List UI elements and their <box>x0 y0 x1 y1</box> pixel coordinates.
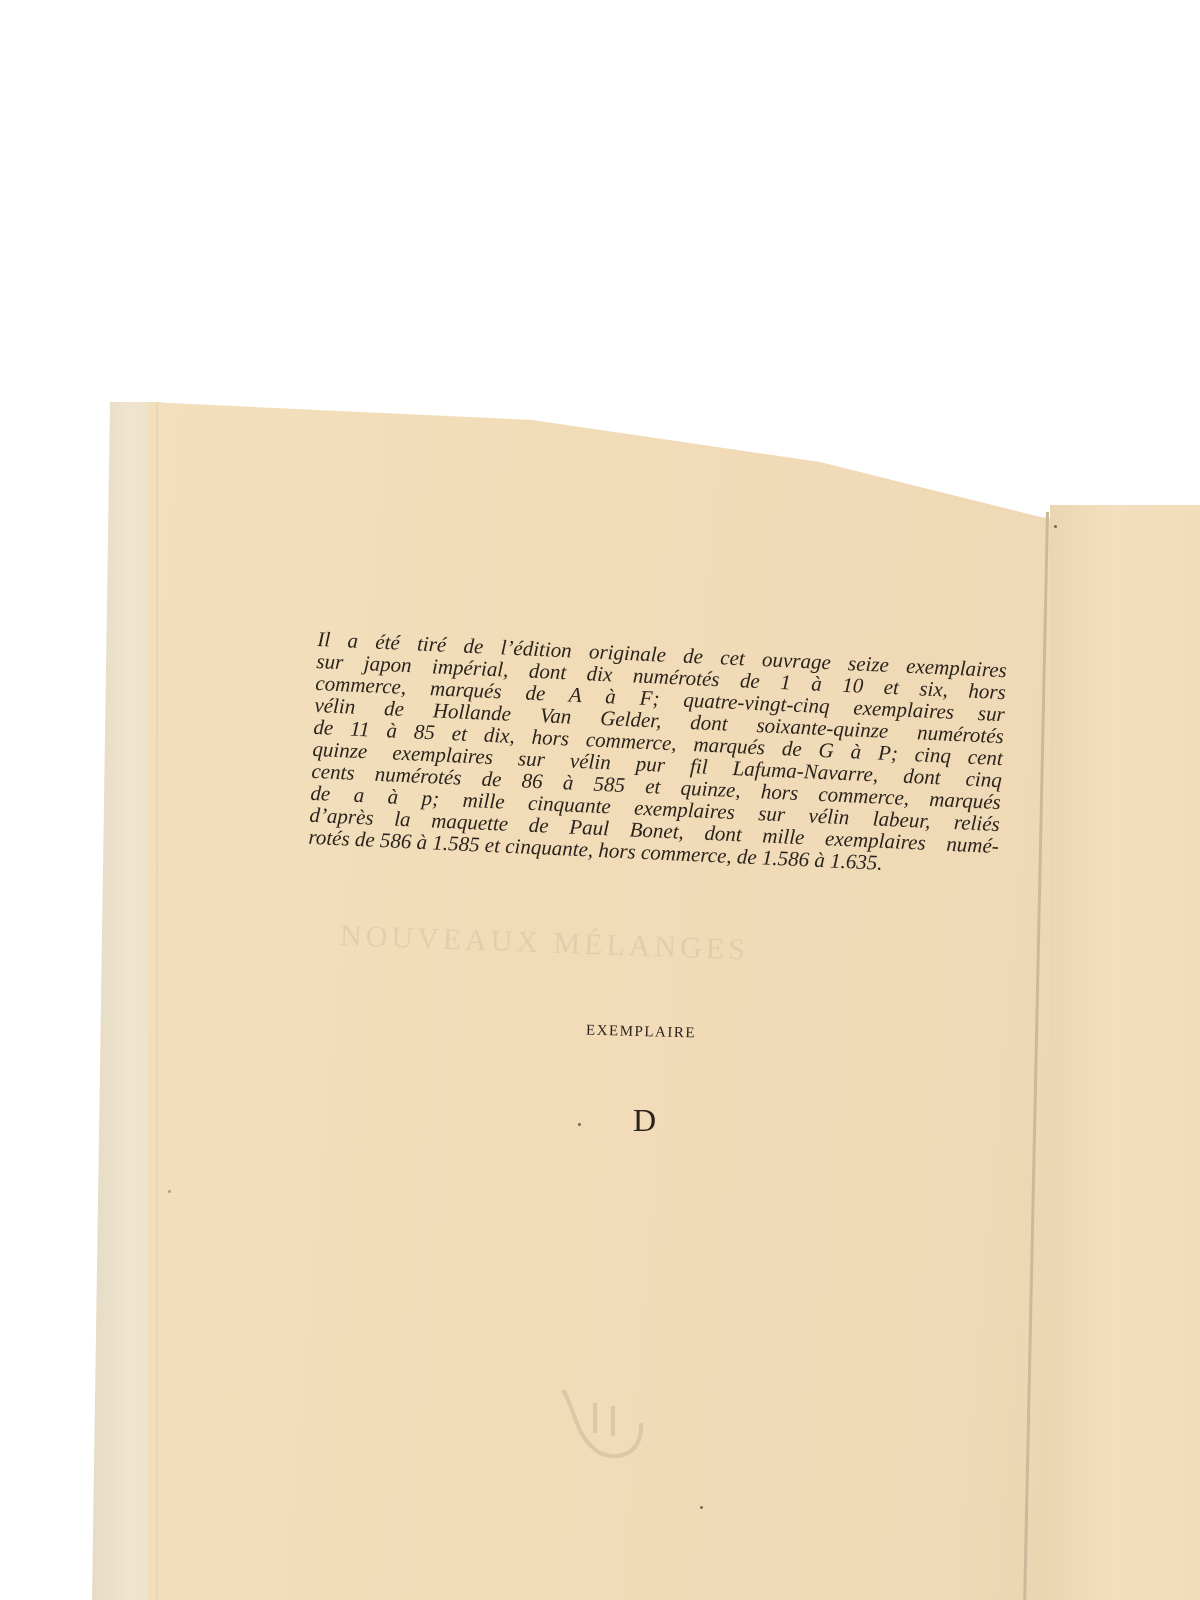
paper-speck <box>578 1123 581 1126</box>
nrf-emblem-icon <box>545 1378 655 1468</box>
paper-speck <box>700 1506 703 1509</box>
justification-text: Il a été tiré de l’édition originale de … <box>308 628 1007 879</box>
open-book: NOUVEAUX MÉLANGES Il a été tiré de l’édi… <box>0 0 1200 1600</box>
exemplaire-letter: D <box>633 1102 656 1139</box>
exemplaire-label: EXEMPLAIRE <box>586 1023 696 1043</box>
paper-speck <box>168 1190 171 1193</box>
paper-speck <box>1054 525 1057 528</box>
right-page <box>1050 505 1200 1600</box>
